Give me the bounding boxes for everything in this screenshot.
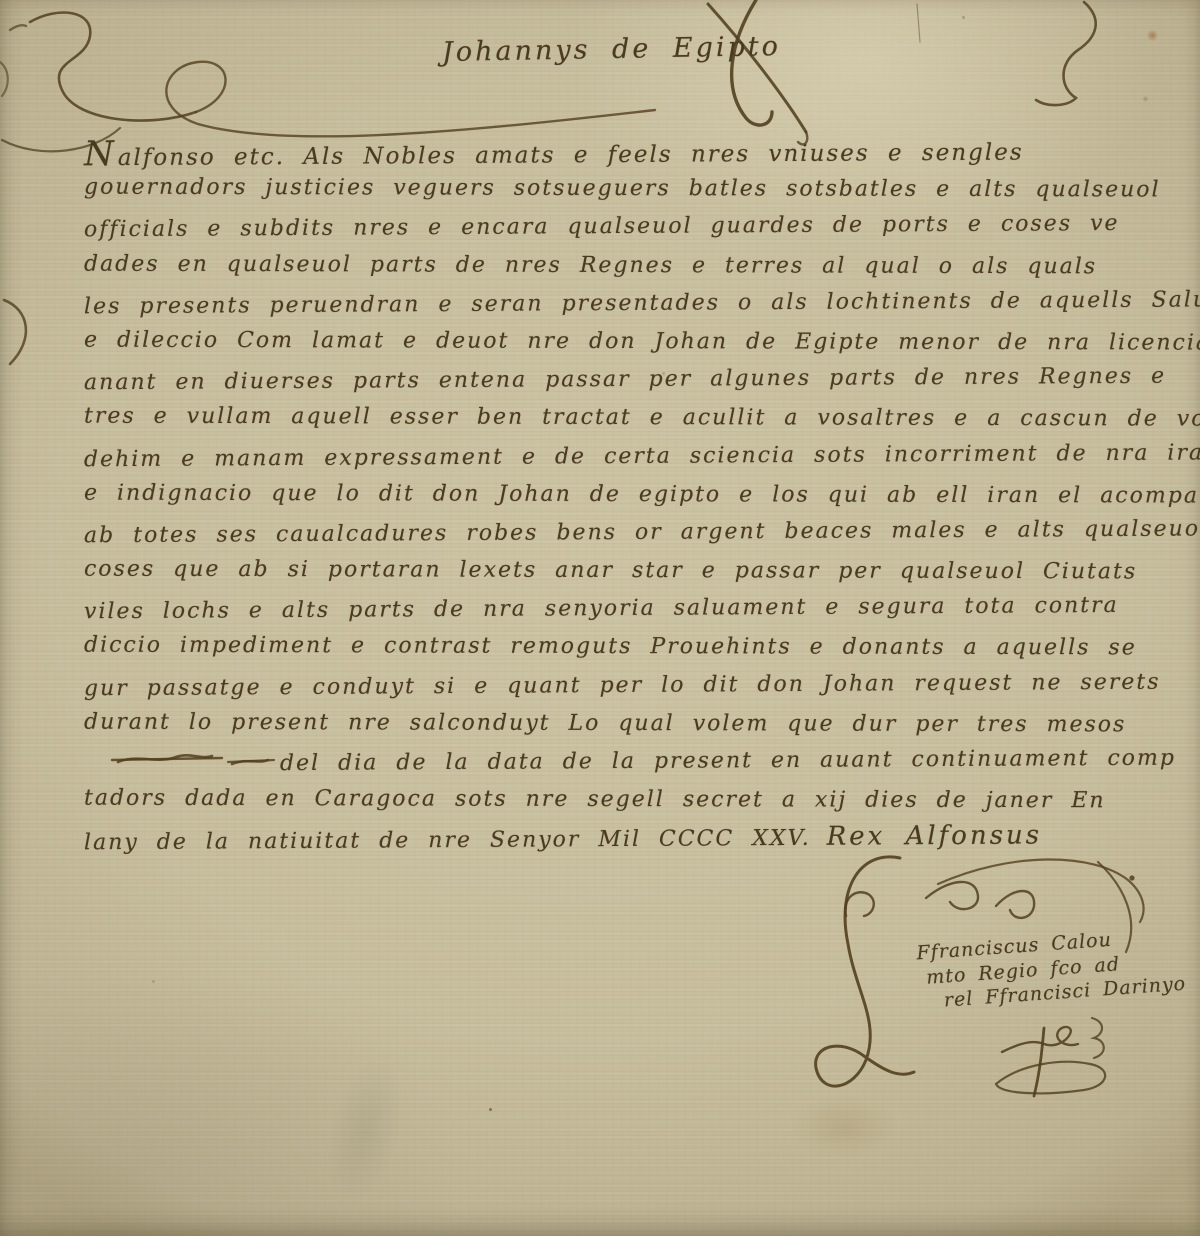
ink-speck (152, 980, 155, 983)
manuscript-page: Johannys de Egipto Nalfonso etc. Als Nob… (0, 0, 1200, 1236)
manuscript-line-5: les presents peruendran e seran presenta… (84, 281, 1154, 326)
crossed-out-spacer (84, 760, 254, 769)
flourish-top-right (1036, 2, 1096, 105)
manuscript-line-9: dehim e manam expressament e de certa sc… (84, 434, 1154, 479)
margin-marks-left (0, 62, 26, 364)
manuscript-line-3: officials e subdits nres e encara qualse… (84, 205, 1154, 250)
manuscript-line-6: e dileccio Com lamat e deuot nre don Joh… (84, 322, 1154, 363)
manuscript-line-1: Nalfonso etc. Als Nobles amats e feels n… (84, 129, 1154, 174)
ink-speck (962, 16, 965, 19)
flourish-heading-x (708, 0, 807, 144)
smudge-bottom-left (313, 1049, 417, 1211)
manuscript-line-2: gouernadors justicies veguers sotsueguer… (84, 169, 1154, 210)
manuscript-line-17: del dia de la data de la present en auan… (84, 740, 1154, 785)
manuscript-line-18: tadors dada en Caragoca sots nre segell … (84, 780, 1154, 821)
rex-signature: Rex Alfonsus (827, 821, 1043, 852)
manuscript-line-8: tres e vullam aquell esser ben tractat e… (84, 398, 1154, 439)
manuscript-line-7: anant en diuerses parts entena passar pe… (84, 358, 1154, 403)
speck-top-right (1142, 96, 1149, 102)
manuscript-line-19: lany de la natiuitat de nre Senyor Mil C… (84, 816, 1154, 861)
manuscript-line-14: diccio impediment e contrast remoguts Pr… (84, 627, 1154, 668)
ink-speck (489, 1108, 492, 1111)
rubric-cross (996, 1018, 1105, 1096)
manuscript-line-17-text: del dia de la data de la present en auan… (280, 746, 1176, 776)
stain-bottom-center (790, 1095, 900, 1159)
ink-speck (662, 372, 665, 375)
manuscript-line-13: viles lochs e alts parts de nra senyoria… (84, 587, 1154, 632)
manuscript-line-16: durant lo present nre salconduyt Lo qual… (84, 703, 1154, 744)
manuscript-line-10: e indignacio que lo dit don Johan de egi… (84, 474, 1154, 515)
manuscript-line-19-text: lany de la natiuitat de nre Senyor Mil C… (84, 826, 811, 855)
manuscript-line-4: dades en qualseuol parts de nres Regnes … (84, 245, 1154, 286)
document-heading: Johannys de Egipto (442, 31, 781, 68)
rust-stain-top-right (1146, 30, 1159, 41)
manuscript-line-15: gur passatge e conduyt si e quant per lo… (84, 663, 1154, 708)
manuscript-line-12: coses que ab si portaran lexets anar sta… (84, 551, 1154, 592)
flourish-top-left (2, 13, 655, 152)
letter-body: Nalfonso etc. Als Nobles amats e feels n… (84, 132, 1154, 858)
manuscript-line-11: ab totes ses caualcadures robes bens or … (84, 511, 1154, 556)
flourish-signature-left (816, 857, 914, 1086)
chancery-note: Ffranciscus Calou mto Regio fco ad rel F… (916, 924, 1187, 1013)
hairline-mark (917, 4, 920, 42)
